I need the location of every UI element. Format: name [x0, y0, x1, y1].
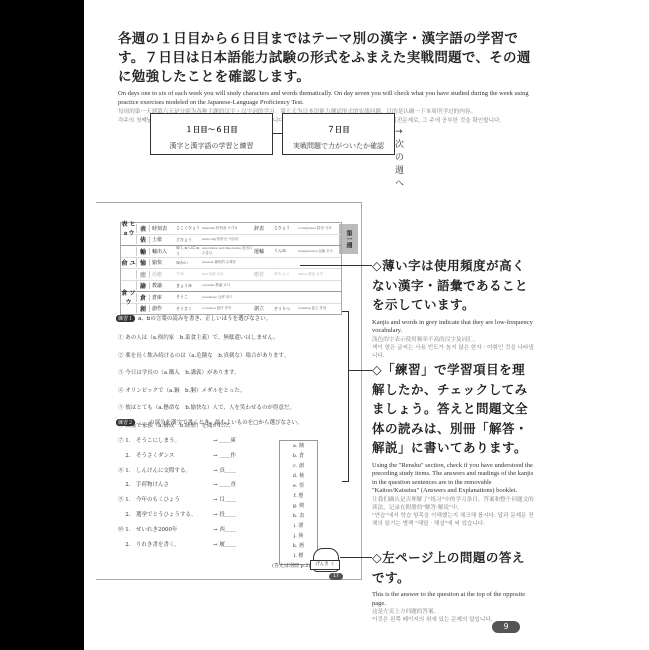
vocab-word: 教諭 [149, 282, 176, 289]
exercise-2-instruction: ＿＿の部分を漢字で書くとき、最もよいものを□から選びなさい。 [138, 420, 302, 426]
choice: g. 剣 [280, 501, 317, 511]
kanji-table-row: 表 ヒョウ表時刻表じこくひょうtimetable 时刻表 시각표辞表じひょうa … [121, 223, 341, 234]
exercise-1-title: 練習１a、bの言葉の読みを書き、正しいほうを選びなさい。 [116, 314, 271, 322]
exercise-2-list: ⑦ 1. そうこにしまう。→ ＿＿庫 2. そうさくダンス→ ＿＿作 ⑧ 1. … [118, 434, 236, 552]
kanji-table-row: 癒治癒ちゆheal 治愈 치유癒着ゆちゃくadhere 粘连 유착 [121, 268, 341, 280]
kanji-table-row: 倉 ソウ倉倉庫そうこwarehouse 仓库 창고 [121, 291, 341, 303]
exercise-item: ④ オリンピックで（a.銅 b.胴）メダルをとった。 [118, 383, 295, 401]
vocab-word: 創作 [149, 305, 176, 312]
vocab-word: 治癒 [149, 271, 176, 278]
flow-box-title: ７日目 [283, 124, 394, 135]
vocab-meaning: timetable 时刻表 시각표 [202, 226, 254, 231]
flow-box-subtitle: 漢字と漢字語の学習と練習 [151, 141, 272, 151]
answer-blank: → 投＿＿ [213, 512, 236, 518]
note-grey-characters: ◇薄い字は使用頻度が高くない漢字・語彙であることを示しています。 Kanjis … [372, 256, 534, 360]
vocab-reading: そうこ [176, 294, 202, 300]
vocab-meaning: a teacher 教谕 교사 [202, 283, 254, 288]
vocab-meaning: heal 治愈 치유 [202, 272, 254, 277]
kanji-table-row: 創創作そうさくa creation 创作 창작創立そうりつfounding 创立… [121, 303, 341, 315]
question: ⑨ 1. 今年のもくひょう [118, 493, 213, 508]
exercise-1-instruction: a、bの言葉の読みを書き、正しいほうを選びなさい。 [138, 316, 271, 322]
mascot-label: げんき く [310, 560, 340, 570]
vocab-meaning: transportation 运输 운수 [298, 249, 341, 254]
exercise-item: ③ 今日は学長の（a.購入 b.講義）があります。 [118, 365, 295, 383]
kanji-group: 倉 ソウ [121, 288, 136, 306]
exercise-item: 2. 選挙でとうひょうする。→ 投＿＿ [118, 508, 236, 523]
kanji-table-row: 輸輸出入ゆしゅつにゅうexportation and importation 进… [121, 245, 341, 257]
vocab-word: 倉庫 [149, 294, 176, 301]
note-english: Using the "Renshu" section, check if you… [372, 462, 534, 496]
answer-blank: → ＿＿作 [213, 453, 236, 459]
kanji-char: 創 [136, 304, 149, 313]
note-english: This is the answer to the question at th… [372, 591, 534, 608]
exercise-item: ① あの人は（a.倹約家 b.菜食主義）で、無駄遣いはしません。 [118, 330, 295, 348]
vocab-reading: ちゆ [176, 271, 202, 277]
exercise-2-badge: 練習２ [116, 419, 135, 426]
bracket-line [342, 311, 349, 312]
exercise-1-badge: 練習１ [116, 315, 135, 322]
exercise-item: ⑤ 彼はとても（a.懸命な b.愉快な）人で、人を笑わせるのが得意だ。 [118, 400, 295, 418]
note-japanese: ◇「練習」で学習項目を理解したか、チェックしてみましょう。答えと問題文全体の読み… [372, 360, 534, 458]
vocab-word: 創立 [254, 305, 274, 312]
next-week-arrow: → 次の週へ [395, 127, 404, 189]
vocab-meaning: sumo ring 相扑台 씨름판 [202, 237, 254, 242]
kanji-group: 俞 ユ [121, 258, 136, 267]
vocab-meaning: pleasant 愉快的 유쾌함 [202, 260, 254, 265]
kanji-char: 愉 [136, 258, 149, 267]
vocab-meaning: adhere 粘连 유착 [298, 272, 341, 277]
answer-blank: → 履＿＿ [213, 542, 236, 548]
note-japanese: ◇薄い字は使用頻度が高くない漢字・語彙であることを示しています。 [372, 256, 534, 315]
choice: j. 倹 [280, 531, 317, 541]
bracket-line [342, 481, 349, 482]
note-answer: ◇左ページ上の問題の答えです。 This is the answer to th… [372, 548, 534, 624]
vocab-reading: うんゆ [274, 248, 298, 254]
kanji-table-row: 俞 ユ愉愉快ゆかいpleasant 愉快的 유쾌함 [121, 257, 341, 269]
choice: k. 暦 [280, 541, 317, 551]
callout-line [349, 370, 372, 371]
vocab-reading: じこくひょう [176, 225, 202, 231]
note-chinese: 浅色的字表示使用频率不高的汉字及词汇。 [372, 336, 534, 344]
vocab-reading: じひょう [274, 225, 298, 231]
note-english: Kanjis and words in grey indicate that t… [372, 319, 534, 336]
flow-connector [272, 133, 282, 134]
exercise-item: ⑨ 1. 今年のもくひょう→ 目＿＿ [118, 493, 236, 508]
intro-japanese: 各週の１日目から６日目まではテーマ別の漢字・漢字語の学習です。７日目は日本語能力… [118, 30, 538, 87]
answer-blank: → 真＿＿ [213, 468, 236, 474]
note-practice: ◇「練習」で学習項目を理解したか、チェックしてみましょう。答えと問題文全体の読み… [372, 360, 534, 528]
exercise-item: 2. そうさくダンス→ ＿＿作 [118, 449, 236, 464]
flow-box-days-1-6: １日目〜６日目 漢字と漢字語の学習と練習 [150, 113, 273, 155]
flow-box-title: １日目〜６日目 [151, 124, 272, 135]
intro-english: On days one to six of each week you will… [118, 90, 538, 107]
vocab-word: 土俵 [149, 236, 176, 243]
answer-blank: → ＿＿査 [213, 482, 236, 488]
flow-box-subtitle: 実戦問題で力がついたか確認 [283, 141, 394, 151]
exercise-item: 2. 手荷物けんさ→ ＿＿査 [118, 478, 236, 493]
vocab-reading: どひょう [176, 237, 202, 243]
vocab-reading: ゆしゅつにゅう [176, 245, 202, 257]
choice: i. 漂 [280, 521, 317, 531]
flow-box-day-7: ７日目 実戦問題で力がついたか確認 [282, 113, 395, 155]
kanji-table-row: 俵土俵どひょうsumo ring 相扑台 씨름판 [121, 234, 341, 246]
vocab-word: 運輸 [254, 248, 274, 255]
question: ⑧ 1. しんけんに交際する。 [118, 464, 213, 479]
kanji-char: 表 [136, 224, 149, 233]
note-korean: "연습"에서 학습 항목을 이해했는지 체크해 봅시다. 답과 문제문 전체의 … [372, 512, 534, 528]
mascot-cat: げんき く [313, 548, 339, 572]
answer-blank: → 目＿＿ [213, 497, 236, 503]
answer-choices-box: a. 険 b. 倉 c. 創 d. 検 e. 票 f. 歴 g. 剣 h. 表 … [279, 440, 318, 565]
kanji-char: 倉 [136, 293, 149, 302]
kanji-char: 輸 [136, 247, 149, 256]
choice: c. 創 [280, 461, 317, 471]
answer-blank: → 西＿＿ [213, 527, 236, 533]
vocab-reading: ゆかい [176, 260, 202, 266]
kanji-char: 諭 [136, 281, 149, 290]
note-chinese: 这是左页上方问题的答案。 [372, 608, 534, 616]
vocab-reading: ゆちゃく [274, 271, 298, 277]
choice: h. 表 [280, 511, 317, 521]
vocab-reading: そうさく [176, 306, 202, 312]
vocab-meaning: founding 创立 창립 [298, 306, 341, 311]
exercise-item: ⑦ 1. そうこにしまう。→ ＿＿庫 [118, 434, 236, 449]
exercise-2-title: 練習２＿＿の部分を漢字で書くとき、最もよいものを□から選びなさい。 [116, 418, 303, 426]
vocab-word: 辞表 [254, 225, 274, 232]
question: 2. 選挙でとうひょうする。 [118, 508, 213, 523]
exercise-item: ⑧ 1. しんけんに交際する。→ 真＿＿ [118, 464, 236, 479]
bracket-line [348, 311, 349, 481]
vocab-word: 愉快 [149, 259, 176, 266]
vocab-meaning: a resignation 辞呈 사표 [298, 226, 341, 231]
vocab-meaning: warehouse 仓库 창고 [202, 295, 254, 300]
vocab-word: 輸出入 [149, 248, 176, 255]
exercise-item: 2. りれき書を書く。→ 履＿＿ [118, 538, 236, 553]
exercise-item: ② 薬を長く飲み続けるのは（a.危険な b.真剣な）場合があります。 [118, 348, 295, 366]
vocab-reading: そうりつ [274, 306, 298, 312]
answer-reference: (答えは別冊 p.2) [272, 562, 310, 569]
question: ⑩ 1. せいれき2000年 [118, 523, 213, 538]
vocab-reading: きょうゆ [176, 283, 202, 289]
intro-section: 各週の１日目から６日目まではテーマ別の漢字・漢字語の学習です。７日目は日本語能力… [118, 30, 538, 125]
callout-line [340, 557, 372, 558]
exercise-item: ⑩ 1. せいれき2000年→ 西＿＿ [118, 523, 236, 538]
callout-line [300, 265, 372, 266]
kanji-table: 表 ヒョウ表時刻表じこくひょうtimetable 时刻表 시각표辞表じひょうa … [120, 222, 342, 315]
answer-blank: → ＿＿庫 [213, 438, 236, 444]
vocab-word: 時刻表 [149, 225, 176, 232]
kanji-char: 癒 [136, 270, 149, 279]
page-number: 9 [492, 621, 520, 633]
vocab-meaning: exportation and importation 进出口 수출입 [202, 246, 254, 256]
question: ⑦ 1. そうこにしまう。 [118, 434, 213, 449]
question: 2. そうさくダンス [118, 449, 213, 464]
kanji-char: 俵 [136, 235, 149, 244]
kanji-table-row: 諭教諭きょうゆa teacher 教谕 교사 [121, 280, 341, 292]
question: 2. りれき書を書く。 [118, 538, 213, 553]
choice: b. 倉 [280, 451, 317, 461]
vocab-meaning: a creation 创作 창작 [202, 306, 254, 311]
note-chinese: 让我们确认是否理解了"练习"中的学习条目。答案和整个问题文的读法，记录在附册的"… [372, 496, 534, 512]
question: 2. 手荷物けんさ [118, 478, 213, 493]
choice: d. 検 [280, 471, 317, 481]
sample-page-number: 17 [329, 573, 343, 580]
kanji-group: 表 ヒョウ [121, 219, 136, 237]
choice: f. 歴 [280, 491, 317, 501]
note-korean: 색이 옅은 글씨는 사용 빈도가 높지 않은 한자 · 어휘인 것을 나타냅니다… [372, 344, 534, 360]
choice: a. 険 [280, 441, 317, 451]
choice: e. 票 [280, 481, 317, 491]
vocab-word: 癒着 [254, 271, 274, 278]
note-japanese: ◇左ページ上の問題の答えです。 [372, 548, 534, 587]
